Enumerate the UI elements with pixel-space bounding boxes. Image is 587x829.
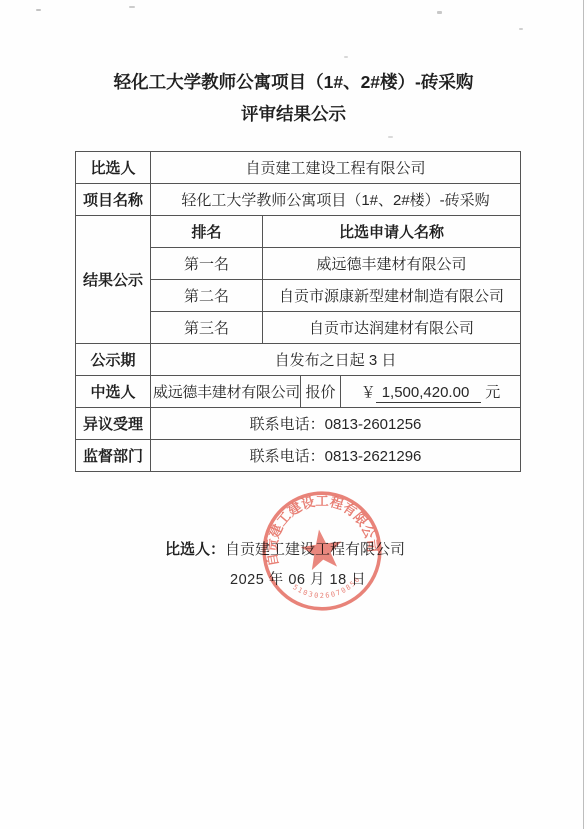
scan-artifact <box>129 6 135 8</box>
bidder-label-cell: 比选人 <box>76 152 151 184</box>
result-table: 比选人 自贡建工建设工程有限公司 项目名称 轻化工大学教师公寓项目（1#、2#楼… <box>75 151 521 472</box>
publicity-value-cell: 自发布之日起 3 日 <box>151 344 521 376</box>
objection-value-cell: 联系电话：0813-2601256 <box>151 408 521 440</box>
table-row: 项目名称 轻化工大学教师公寓项目（1#、2#楼）-砖采购 <box>76 184 521 216</box>
title-line-2: 评审结果公示 <box>0 98 587 130</box>
rank-1-cell: 第一名 <box>151 248 263 280</box>
star-icon <box>299 527 345 572</box>
scan-artifact <box>36 9 41 11</box>
applicant-header-cell: 比选申请人名称 <box>263 216 521 248</box>
project-value-cell: 轻化工大学教师公寓项目（1#、2#楼）-砖采购 <box>151 184 521 216</box>
footer-bidder-label: 比选人： <box>165 541 225 558</box>
price-amount-cell: ￥1,500,420.00元 <box>341 376 521 408</box>
scan-artifact <box>344 56 348 58</box>
title-line-1: 轻化工大学教师公寓项目（1#、2#楼）-砖采购 <box>0 66 587 98</box>
price-amount: 1,500,420.00 <box>376 384 482 403</box>
winner-name-cell: 威远德丰建材有限公司 <box>151 376 301 408</box>
table-row: 异议受理 联系电话：0813-2601256 <box>76 408 521 440</box>
rank-2-cell: 第二名 <box>151 280 263 312</box>
table-row: 比选人 自贡建工建设工程有限公司 <box>76 152 521 184</box>
price-label-cell: 报价 <box>301 376 341 408</box>
table-row: 公示期 自发布之日起 3 日 <box>76 344 521 376</box>
currency-unit: 元 <box>481 384 500 401</box>
rank-3-cell: 第三名 <box>151 312 263 344</box>
applicant-1-cell: 威远德丰建材有限公司 <box>263 248 521 280</box>
scan-artifact <box>388 136 393 138</box>
table-row: 监督部门 联系电话：0813-2621296 <box>76 440 521 472</box>
scan-artifact <box>437 11 442 14</box>
document-title: 轻化工大学教师公寓项目（1#、2#楼）-砖采购 评审结果公示 <box>0 66 587 130</box>
rank-header-cell: 排名 <box>151 216 263 248</box>
company-seal: 自贡建工建设工程有限公司 5103026070856 <box>250 479 395 624</box>
scan-artifact <box>519 28 523 30</box>
supervision-label-cell: 监督部门 <box>76 440 151 472</box>
table-row: 结果公示 排名 比选申请人名称 <box>76 216 521 248</box>
bidder-value-cell: 自贡建工建设工程有限公司 <box>151 152 521 184</box>
results-label-cell: 结果公示 <box>76 216 151 344</box>
publicity-label-cell: 公示期 <box>76 344 151 376</box>
table-row: 中选人 威远德丰建材有限公司 报价 ￥1,500,420.00元 <box>76 376 521 408</box>
objection-label-cell: 异议受理 <box>76 408 151 440</box>
project-label-cell: 项目名称 <box>76 184 151 216</box>
winner-label-cell: 中选人 <box>76 376 151 408</box>
document-page: 轻化工大学教师公寓项目（1#、2#楼）-砖采购 评审结果公示 比选人 自贡建工建… <box>0 0 587 829</box>
supervision-value-cell: 联系电话：0813-2621296 <box>151 440 521 472</box>
currency-symbol: ￥ <box>361 384 376 401</box>
applicant-2-cell: 自贡市源康新型建材制造有限公司 <box>263 280 521 312</box>
applicant-3-cell: 自贡市达润建材有限公司 <box>263 312 521 344</box>
